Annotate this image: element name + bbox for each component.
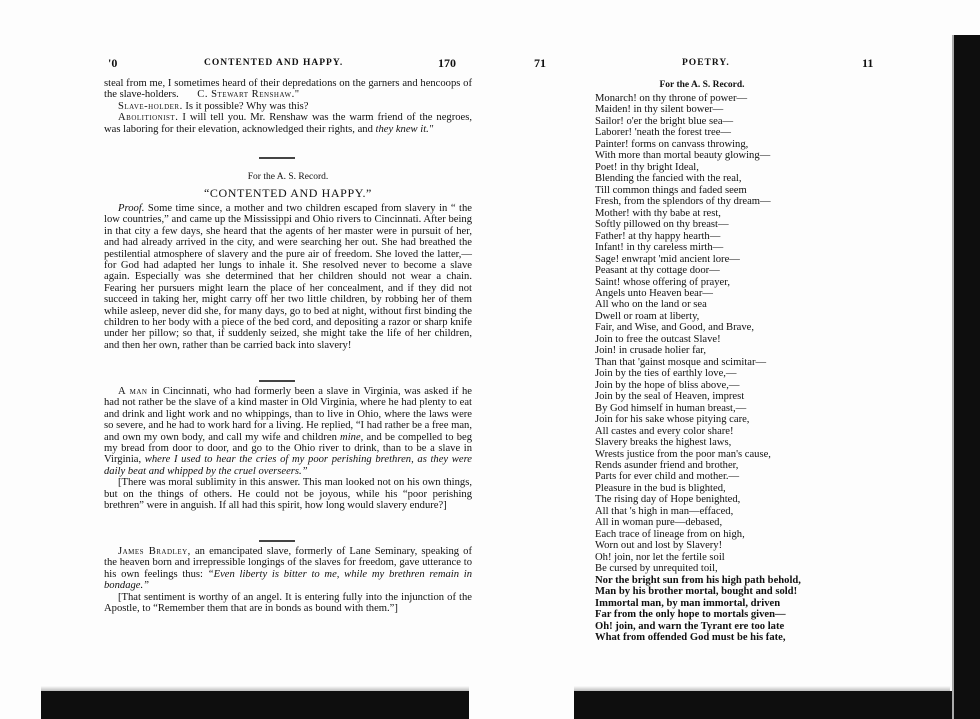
poem-line: Laborer! 'neath the forest tree— [595,127,801,138]
article-body-3: James Bradley, an emancipated slave, for… [104,546,472,614]
poem-line: Father! at thy happy hearth— [595,231,801,242]
poem-source-line: For the A. S. Record. [592,80,812,90]
poem-line: Join! in crusade holier far, [595,345,801,356]
poem-line: Sailor! o'er the bright blue sea— [595,116,801,127]
left-page-number: 170 [438,56,456,71]
poem-line: Worn out and lost by Slavery! [595,540,801,551]
poem-line: With more than mortal beauty glowing— [595,150,801,161]
poem-line: Angels unto Heaven bear— [595,288,801,299]
poem-line: All castes and every color share! [595,426,801,437]
poem-line: Join for his sake whose pitying care, [595,414,801,425]
article-paragraph-3: [There was moral sublimity in this answe… [104,477,472,511]
poem-line: Join to free the outcast Slave! [595,334,801,345]
right-page-marker: 71 [534,56,546,71]
poem-line: Oh! join, and warn the Tyrant ere too la… [595,621,801,632]
section-divider [259,380,295,382]
poem-line: What from offended God must be his fate, [595,632,801,643]
poem-line: All in woman pure—debased, [595,517,801,528]
right-page-number: 11 [862,56,873,71]
poem-line: Each trace of lineage from on high, [595,529,801,540]
article-paragraph-5: [That sentiment is worthy of an angel. I… [104,592,472,615]
poem-line: Rends asunder friend and brother, [595,460,801,471]
poem-line: Man by his brother mortal, bought and so… [595,586,801,597]
article-title: “CONTENTED AND HAPPY.” [104,186,472,201]
dialogue-abolitionist: Abolitionist. I will tell you. Mr. Rensh… [104,112,472,135]
poem-line: Join by the hope of bliss above,— [595,380,801,391]
section-divider [259,157,295,159]
poem-line: Join by the ties of earthly love,— [595,368,801,379]
poem-line: Immortal man, by man immortal, driven [595,598,801,609]
poem-line: Oh! join, nor let the fertile soil [595,552,801,563]
poem-line: Maiden! in thy silent bower— [595,104,801,115]
poem-line: Dwell or roam at liberty, [595,311,801,322]
left-page-marker: '0 [108,56,117,71]
poem: Monarch! on thy throne of power—Maiden! … [595,93,801,644]
poem-line: Peasant at thy cottage door— [595,265,801,276]
article-paragraph-1: Proof. Some time since, a mother and two… [104,203,472,351]
article-body-2: A man in Cincinnati, who had formerly be… [104,386,472,511]
poem-line: Saint! whose offering of prayer, [595,277,801,288]
scan-border [41,691,469,719]
poem-line: Poet! in thy bright Ideal, [595,162,801,173]
dialogue-slaveholder: Slave-holder. Is it possible? Why was th… [104,101,472,112]
opening-paragraph: steal from me, I sometimes heard of thei… [104,78,472,101]
poem-line: Than that 'gainst mosque and scimitar— [595,357,801,368]
poem-line: The rising day of Hope benighted, [595,494,801,505]
poem-line: By God himself in human breast,— [595,403,801,414]
article-paragraph-2: A man in Cincinnati, who had formerly be… [104,386,472,477]
poem-line: Mother! with thy babe at rest, [595,208,801,219]
poem-line: Sage! enwrapt 'mid ancient lore— [595,254,801,265]
opening-passage: steal from me, I sometimes heard of thei… [104,78,472,135]
poem-line: Infant! in thy careless mirth— [595,242,801,253]
poem-line: All who on the land or sea [595,299,801,310]
poem-line: Slavery breaks the highest laws, [595,437,801,448]
left-running-head: CONTENTED AND HAPPY. [204,58,343,68]
poem-line: Join by the seal of Heaven, imprest [595,391,801,402]
poem-line: Far from the only hope to mortals given— [595,609,801,620]
article-paragraph-4: James Bradley, an emancipated slave, for… [104,546,472,592]
scan-border [574,691,980,719]
poem-line: Nor the bright sun from his high path be… [595,575,801,586]
poem-line: Till common things and faded seem [595,185,801,196]
article-body: Proof. Some time since, a mother and two… [104,203,472,351]
poem-line: All that 's high in man—effaced, [595,506,801,517]
right-running-head: POETRY. [682,58,730,68]
section-divider [259,540,295,542]
scan-border [952,35,980,719]
source-line: For the A. S. Record. [104,172,472,182]
poem-line: Painter! forms on canvass throwing, [595,139,801,150]
poem-line: Wrests justice from the poor man's cause… [595,449,801,460]
poem-line: Pleasure in the bud is blighted, [595,483,801,494]
poem-line: Fresh, from the splendors of thy dream— [595,196,801,207]
poem-line: Monarch! on thy throne of power— [595,93,801,104]
poem-line: Softly pillowed on thy breast— [595,219,801,230]
poem-line: Parts for ever child and mother.— [595,471,801,482]
poem-line: Be cursed by unrequited toil, [595,563,801,574]
poem-line: Fair, and Wise, and Good, and Brave, [595,322,801,333]
poem-line: Blending the fancied with the real, [595,173,801,184]
